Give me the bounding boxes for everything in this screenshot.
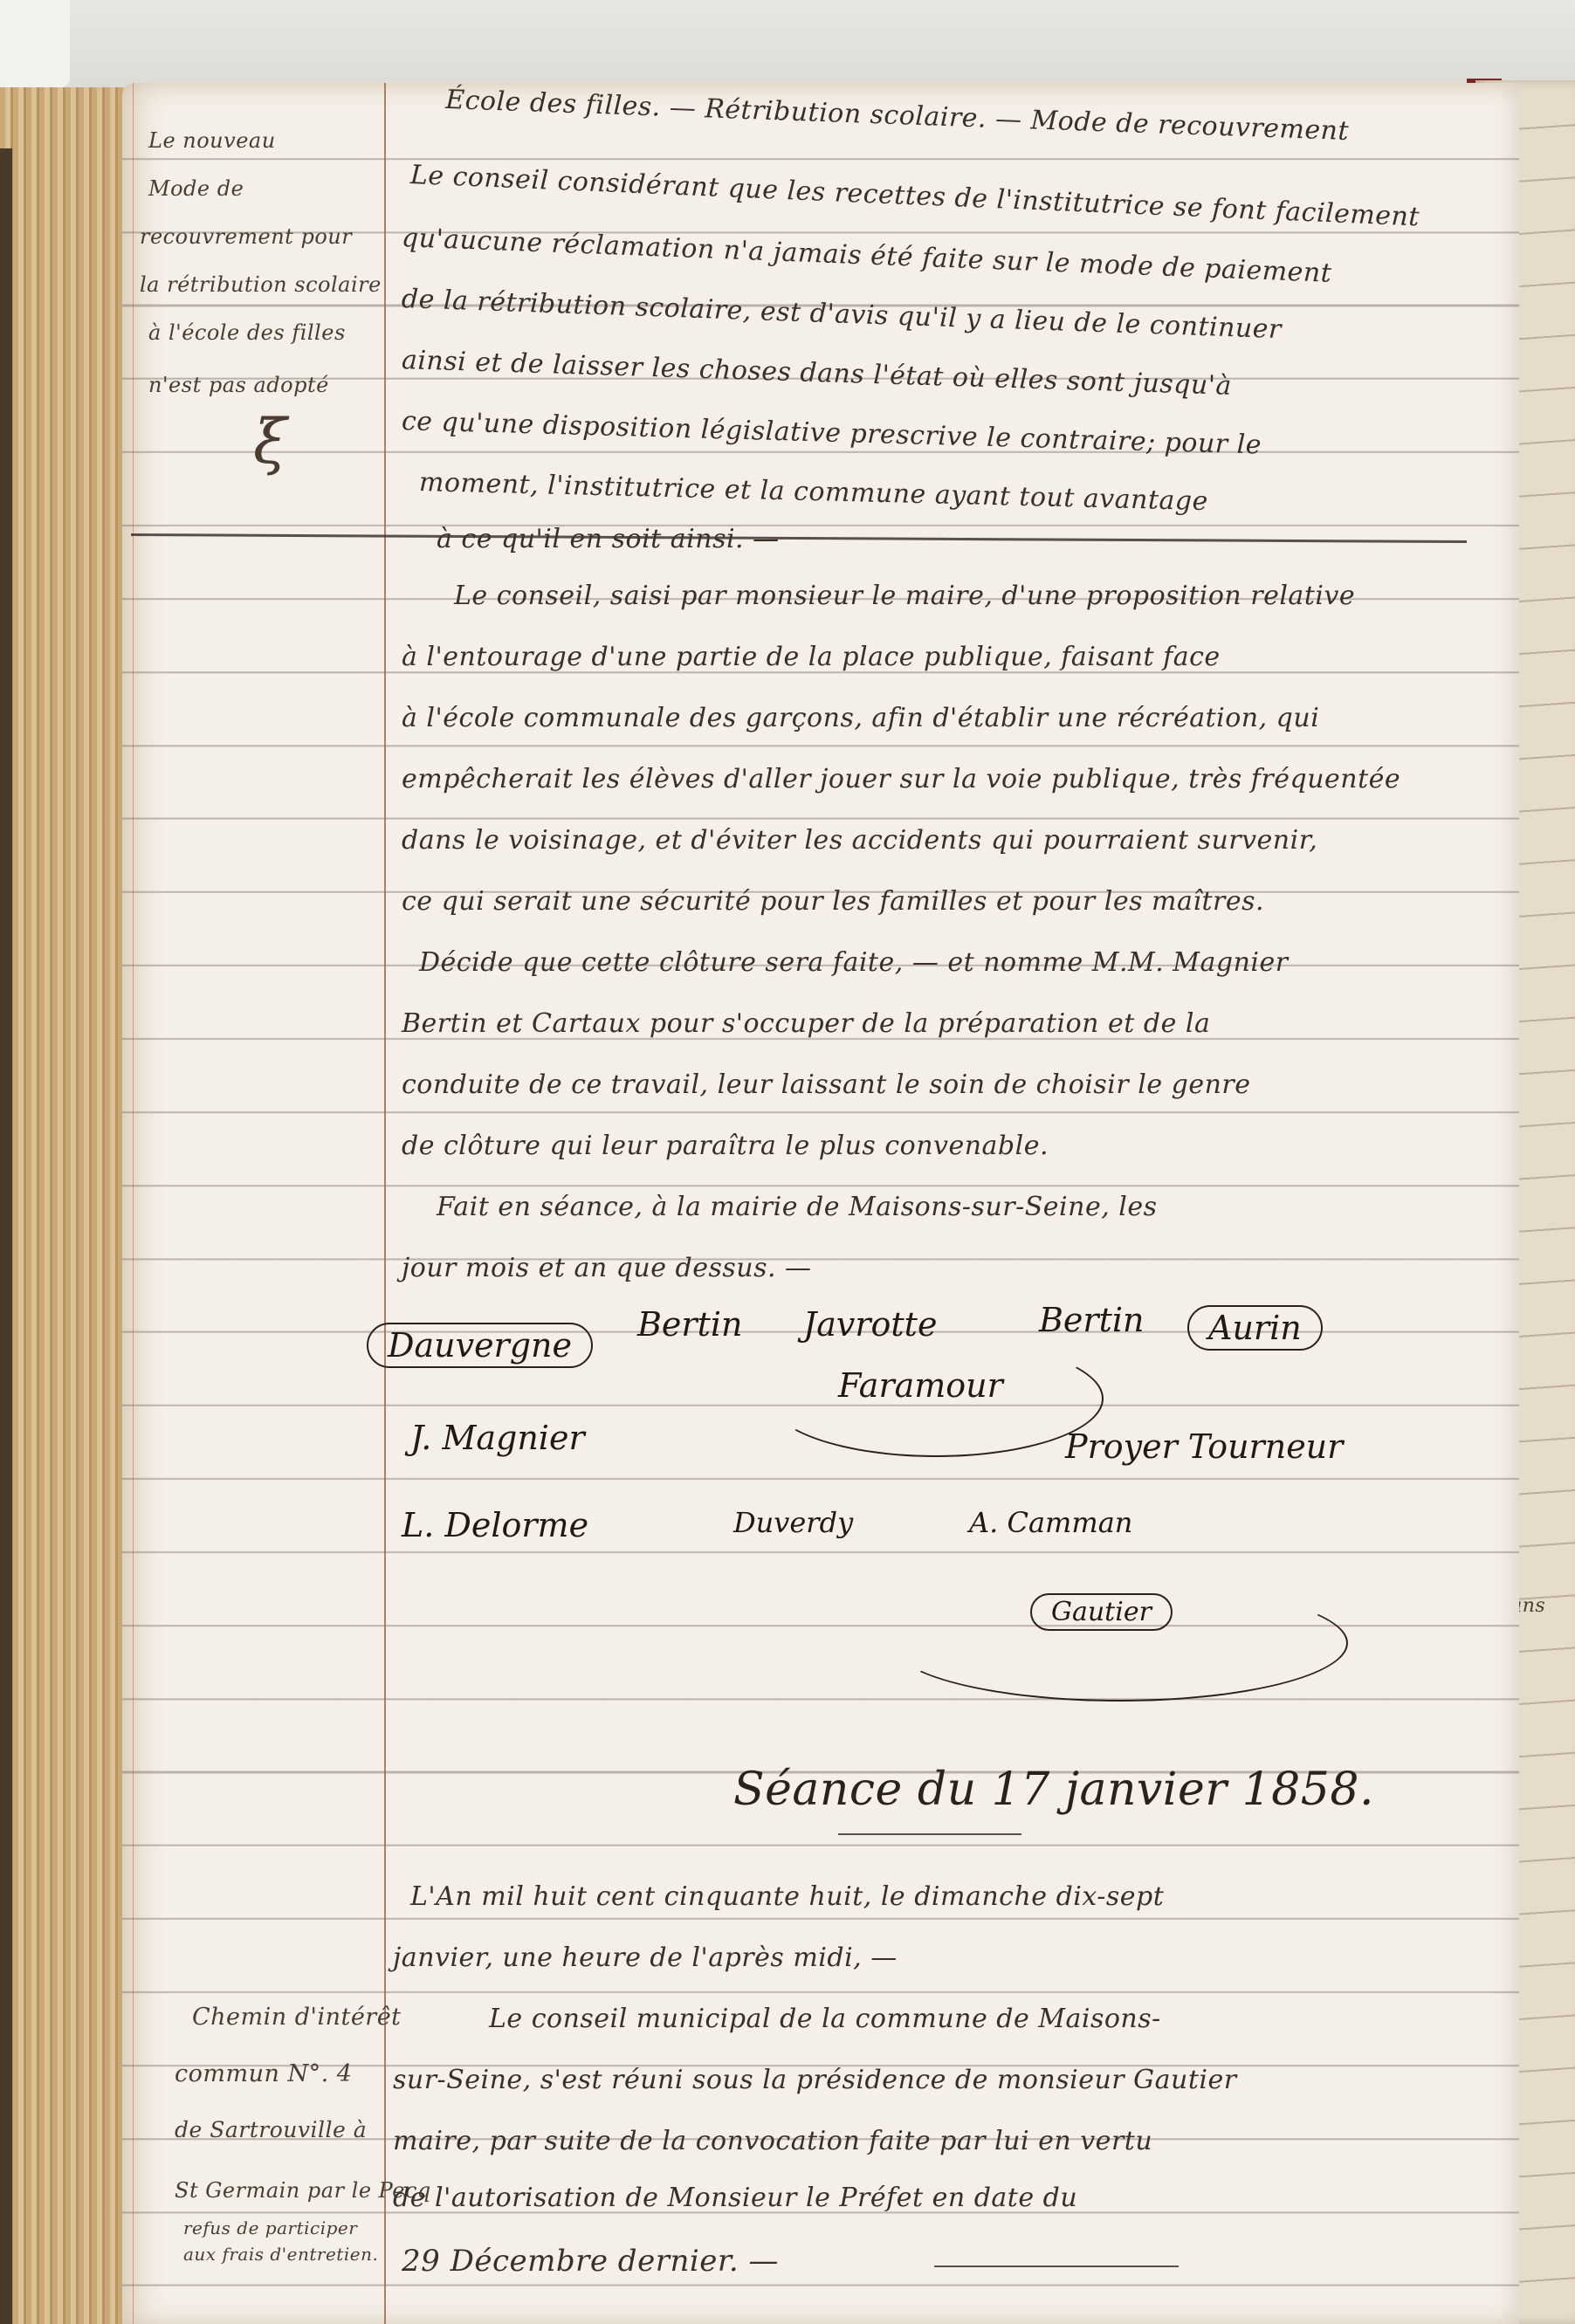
- signature: Bertin: [637, 1305, 742, 1344]
- signature: A. Camman: [969, 1506, 1132, 1539]
- flourish-icon: ξ: [253, 406, 287, 478]
- text-line: à l'entourage d'une partie de la place p…: [402, 642, 1221, 672]
- signature: Bertin: [1039, 1301, 1144, 1339]
- margin-note-line: Mode de: [148, 176, 244, 201]
- margin-note-line: n'est pas adopté: [148, 373, 329, 397]
- text-line: à l'école communale des garçons, afin d'…: [402, 703, 1319, 733]
- text-line: Le conseil municipal de la commune de Ma…: [489, 2004, 1161, 2034]
- signature: Proyer Tourneur: [1065, 1427, 1343, 1466]
- margin-note-line: Le nouveau: [148, 128, 276, 153]
- margin-note-line: aux frais d'entretien.: [183, 2244, 378, 2265]
- seance-title: Séance du 17 janvier 1858.: [733, 1764, 1374, 1816]
- text-line: Bertin et Cartaux pour s'occuper de la p…: [402, 1008, 1210, 1039]
- text-line: maire, par suite de la convocation faite…: [393, 2126, 1152, 2156]
- margin-note-line: à l'école des filles: [148, 320, 346, 345]
- margin-note-line: refus de participer: [183, 2217, 357, 2238]
- text-line: de clôture qui leur paraîtra le plus con…: [402, 1131, 1049, 1161]
- text-line: Décide que cette clôture sera faite, — e…: [419, 947, 1289, 978]
- text-line: de l'autorisation de Monsieur le Préfet …: [393, 2183, 1077, 2213]
- text-line: ce qui serait une sécurité pour les fami…: [402, 886, 1264, 917]
- text-line: janvier, une heure de l'après midi, —: [393, 1942, 898, 1973]
- margin-note-line: Chemin d'intérêt: [192, 2004, 402, 2031]
- background-sheet: [0, 0, 1575, 96]
- text-line: L'An mil huit cent cinquante huit, le di…: [410, 1881, 1164, 1912]
- margin-rule: [384, 83, 386, 2324]
- text-line: Fait en séance, à la mairie de Maisons-s…: [437, 1192, 1158, 1222]
- closing-dash: [934, 2266, 1179, 2267]
- signature: L. Delorme: [402, 1506, 588, 1544]
- signature: Duverdy: [733, 1506, 853, 1539]
- signature: J. Magnier: [410, 1419, 585, 1457]
- title-underline: [838, 1833, 1021, 1835]
- margin-note-line: commun N°. 4: [175, 2060, 352, 2087]
- register-page: Le nouveau Mode de recouvrement pour la …: [122, 83, 1519, 2324]
- margin-note-line: la rétribution scolaire: [140, 272, 382, 297]
- margin-note-line: recouvrement pour: [140, 224, 352, 249]
- text-line: Le conseil, saisi par monsieur le maire,…: [454, 581, 1355, 611]
- margin-note-line: de Sartrouville à: [175, 2117, 367, 2142]
- text-line: conduite de ce travail, leur laissant le…: [402, 1069, 1251, 1100]
- text-line: empêcherait les élèves d'aller jouer sur…: [402, 764, 1400, 794]
- book-spine: [0, 148, 12, 2324]
- signature: Javrotte: [803, 1305, 937, 1344]
- signature: Dauvergne: [367, 1323, 593, 1368]
- text-line: jour mois et an que dessus. —: [402, 1253, 812, 1283]
- edge-rule: [133, 83, 134, 2324]
- signature-flourish: [891, 1585, 1348, 1702]
- text-line: 29 Décembre dernier. —: [402, 2244, 779, 2279]
- text-line: dans le voisinage, et d'éviter les accid…: [402, 825, 1317, 856]
- page-edges: [0, 87, 131, 2324]
- text-line: sur-Seine, s'est réuni sous la présidenc…: [393, 2065, 1237, 2095]
- signature-flourish: [768, 1340, 1104, 1457]
- signature: Aurin: [1187, 1305, 1323, 1351]
